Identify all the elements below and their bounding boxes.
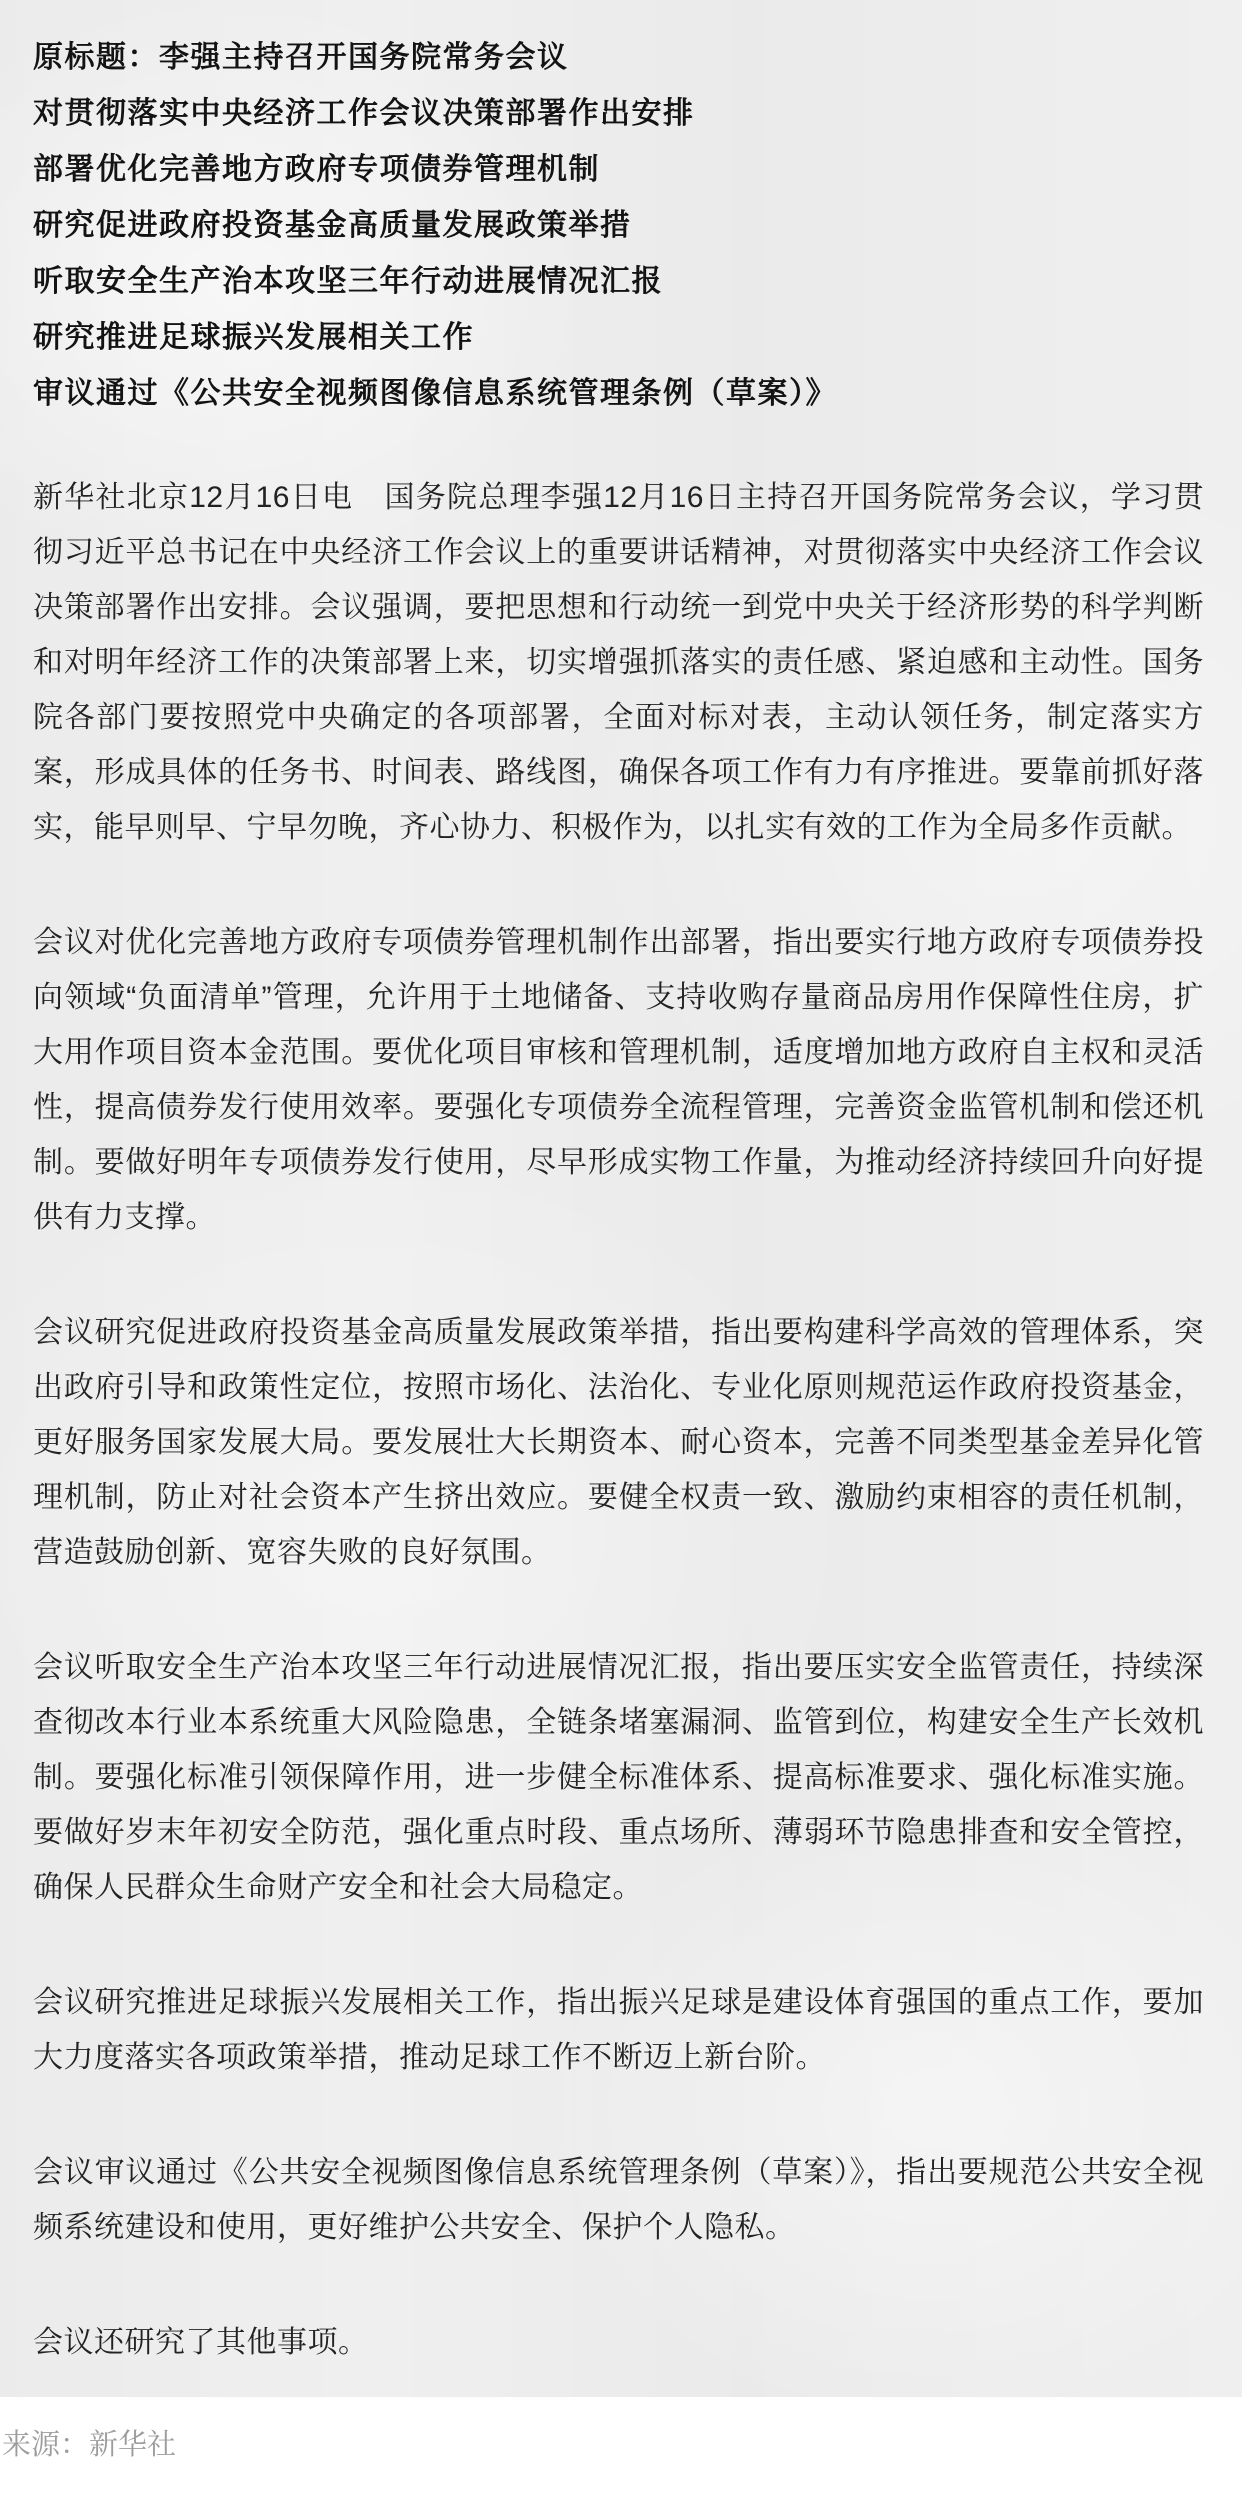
article-paragraph: 会议对优化完善地方政府专项债券管理机制作出部署，指出要实行地方政府专项债券投向领…: [33, 915, 1204, 1245]
source-footer: 来源：新华社: [0, 2397, 1242, 2494]
article-body: 新华社北京12月16日电 国务院总理李强12月16日主持召开国务院常务会议，学习…: [33, 470, 1204, 2370]
article-title-line: 审议通过《公共安全视频图像信息系统管理条例（草案）》: [33, 366, 1204, 422]
article-title-line: 听取安全生产治本攻坚三年行动进展情况汇报: [33, 254, 1204, 310]
article-title-line: 研究促进政府投资基金高质量发展政策举措: [33, 198, 1204, 254]
article-paragraph-lead: 新华社北京12月16日电 国务院总理李强12月16日主持召开国务院常务会议，学习…: [33, 470, 1204, 855]
article-title-line: 部署优化完善地方政府专项债券管理机制: [33, 142, 1204, 198]
article-paragraph-closing: 会议还研究了其他事项。: [33, 2315, 1204, 2370]
article-paragraph: 会议研究推进足球振兴发展相关工作，指出振兴足球是建设体育强国的重点工作，要加大力…: [33, 1975, 1204, 2085]
source-label: 来源：: [2, 2429, 89, 2461]
article-title-line-original: 原标题：李强主持召开国务院常务会议: [33, 30, 1204, 86]
article-title-line: 对贯彻落实中央经济工作会议决策部署作出安排: [33, 86, 1204, 142]
article-content: 原标题：李强主持召开国务院常务会议 对贯彻落实中央经济工作会议决策部署作出安排 …: [33, 30, 1204, 2370]
article-paragraph: 会议听取安全生产治本攻坚三年行动进展情况汇报，指出要压实安全监管责任，持续深查彻…: [33, 1640, 1204, 1915]
article-title-line: 研究推进足球振兴发展相关工作: [33, 310, 1204, 366]
source-line: 来源：新华社: [2, 2425, 1242, 2465]
article-paragraph: 会议审议通过《公共安全视频图像信息系统管理条例（草案）》，指出要规范公共安全视频…: [33, 2145, 1204, 2255]
article-paragraph: 会议研究促进政府投资基金高质量发展政策举措，指出要构建科学高效的管理体系，突出政…: [33, 1305, 1204, 1580]
article-page: 原标题：李强主持召开国务院常务会议 对贯彻落实中央经济工作会议决策部署作出安排 …: [0, 0, 1242, 2397]
article-title-block: 原标题：李强主持召开国务院常务会议 对贯彻落实中央经济工作会议决策部署作出安排 …: [33, 30, 1204, 422]
source-name: 新华社: [89, 2429, 176, 2461]
